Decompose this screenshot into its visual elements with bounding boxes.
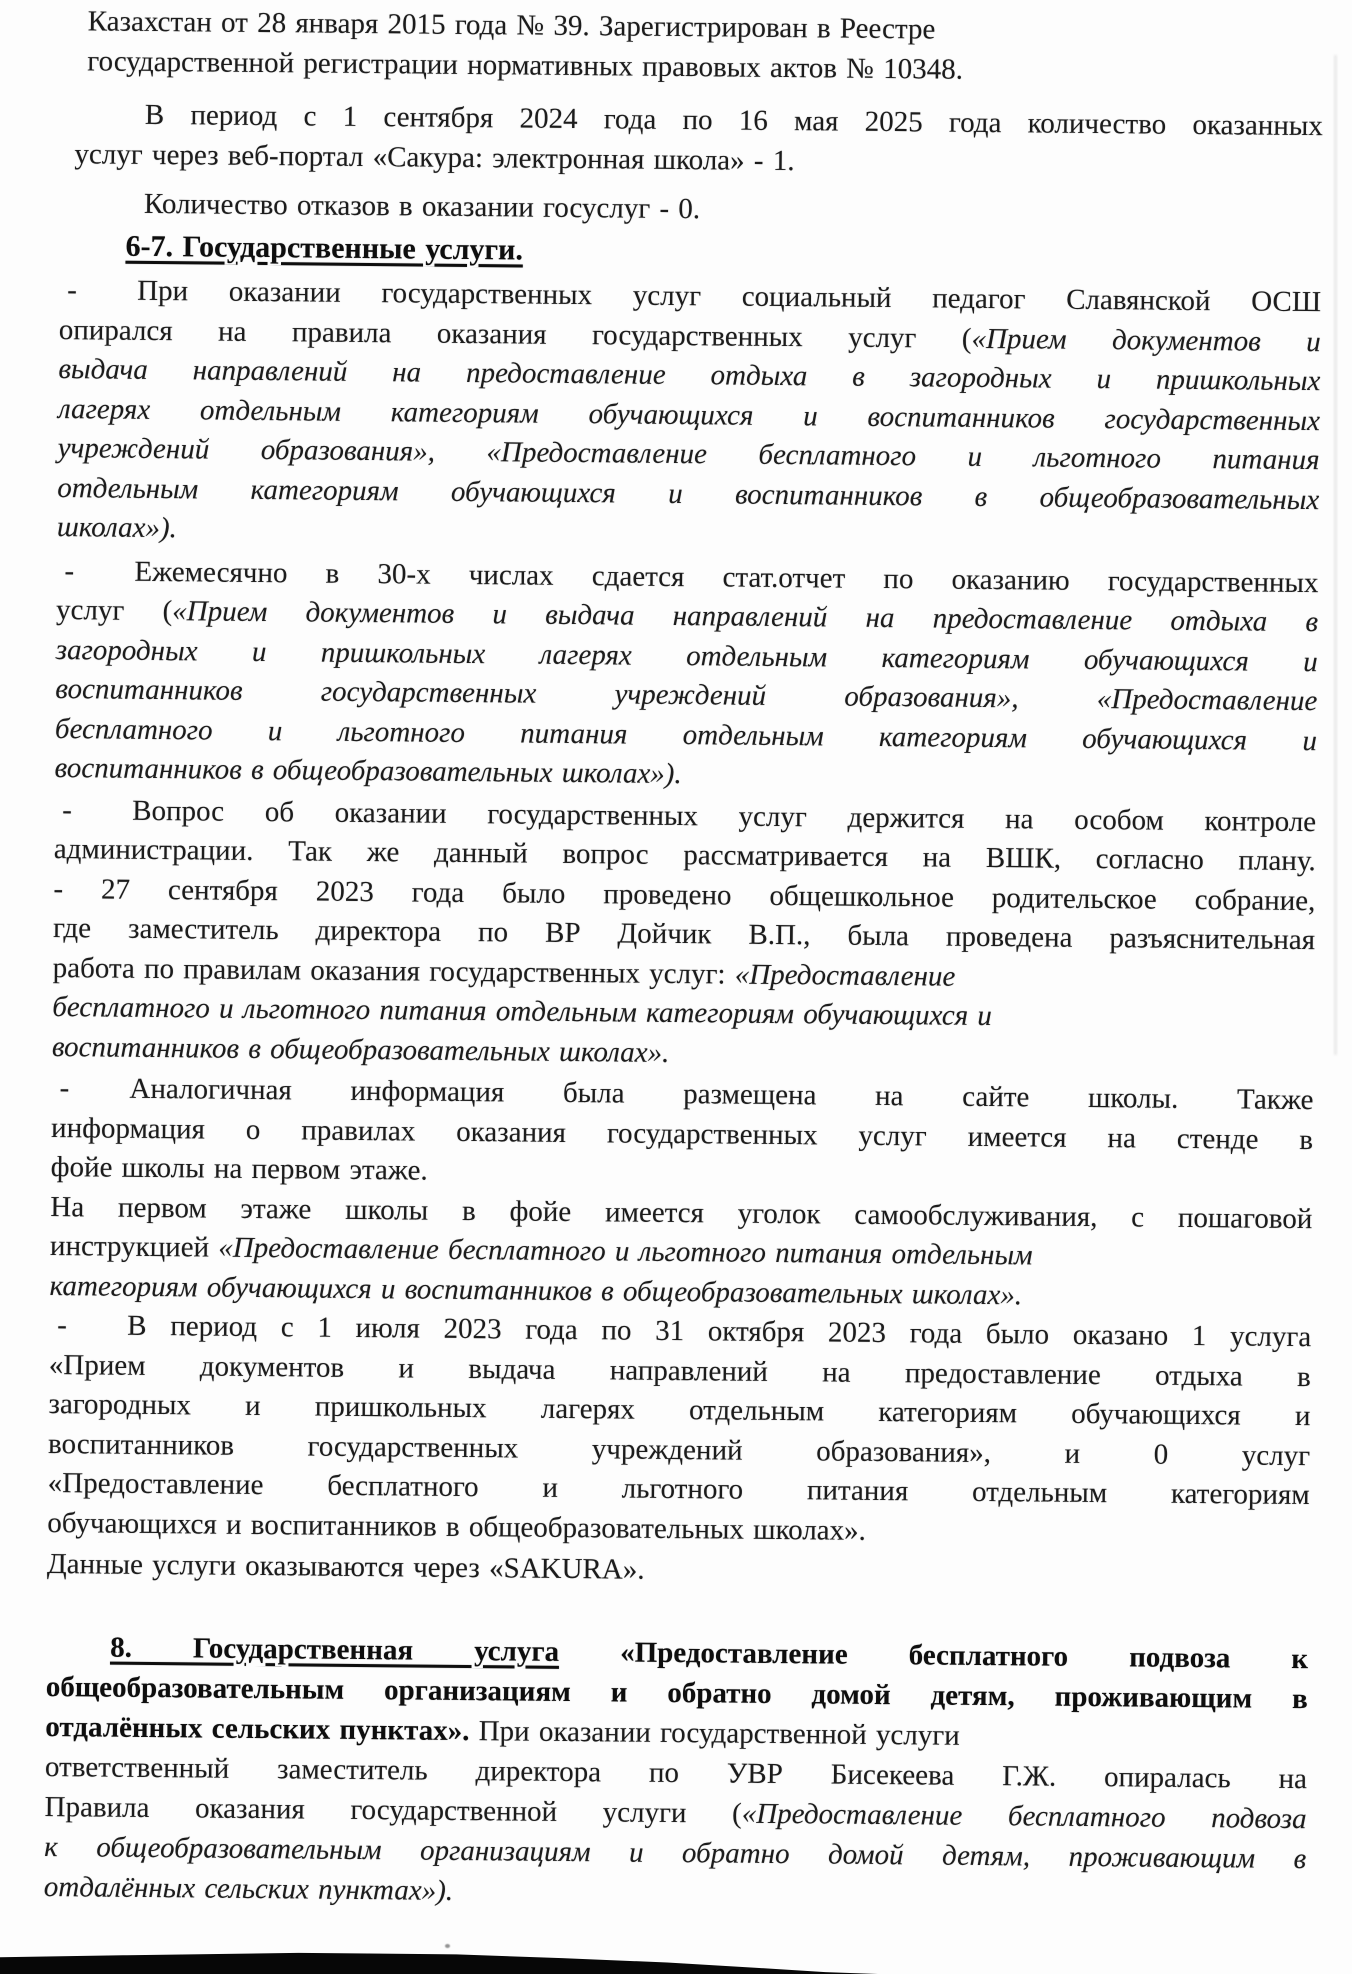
text-line: В период с 1 июля 2023 года по 31 октябр…	[127, 1310, 1311, 1353]
section-8-heading: 8. Государственная услуга	[110, 1631, 559, 1667]
dash-marker: -	[67, 271, 77, 311]
text-line: обучающихся и воспитанников в общеобразо…	[47, 1506, 866, 1546]
paragraph-services-2024: В период с 1 сентября 2024 года по 16 ма…	[60, 95, 1323, 186]
text-line: Аналогичная информация была размещена на…	[129, 1073, 1313, 1116]
dash-marker: -	[57, 1306, 67, 1346]
text-line: услуг через веб-портал «Сакура: электрон…	[74, 138, 794, 177]
quote-text: категориям обучающихся и воспитанников в…	[49, 1270, 1022, 1311]
text-line: фойе школы на первом этаже.	[51, 1151, 428, 1187]
quote-text: «Предоставление бесплатного подвоза	[742, 1797, 1307, 1834]
heading-text: 6-7. Государственные услуги.	[125, 229, 523, 266]
bullet-services-period-2023: -В период с 1 июля 2023 года по 31 октяб…	[47, 1306, 1311, 1555]
scanned-document-page: Казахстан от 28 января 2015 года № 39. З…	[0, 0, 1352, 1974]
text-line: Правила оказания государственной услуги …	[44, 1790, 741, 1829]
text-line: услуг (	[56, 594, 172, 627]
scan-bottom-black-bar	[0, 1950, 878, 1974]
document-text-block: Казахстан от 28 января 2015 года № 39. З…	[0, 0, 1352, 1919]
text-line: Ежемесячно в 30-х числах сдается стат.от…	[134, 555, 1318, 598]
text-line: Данные услуги оказываются через «SAKURA»…	[47, 1548, 645, 1586]
text-line: Вопрос об оказании государственных услуг…	[132, 794, 1316, 837]
quote-text: «Предоставление бесплатного и льготного …	[218, 1232, 1033, 1272]
bullet-site-info: -Аналогичная информация была размещена н…	[51, 1069, 1314, 1200]
service-title-bold: «Предоставление бесплатного подвоза к	[559, 1635, 1308, 1674]
text-line: Количество отказов в оказании госуслуг -…	[144, 188, 700, 225]
bullet-gov-service-rules: -При оказании государственных услуг соци…	[57, 271, 1322, 560]
scan-edge-artifact	[1334, 55, 1337, 1055]
quote-text: школах»).	[57, 511, 177, 544]
quote-text: воспитанников в общеобразовательных школ…	[54, 752, 681, 790]
dash-marker: -	[64, 552, 74, 592]
bullet-monthly-report: -Ежемесячно в 30-х числах сдается стат.о…	[54, 552, 1318, 801]
text-line: При оказании государственных услуг социа…	[137, 275, 1321, 318]
quote-text: «Прием документов и	[971, 322, 1321, 357]
quote-text: «Предоставление	[735, 958, 956, 992]
text-line: инструкцией	[50, 1230, 219, 1264]
quote-text: бесплатного и льготного питания отдельны…	[52, 991, 992, 1032]
paragraph-parent-meeting: - 27 сентября 2023 года было проведено о…	[52, 870, 1316, 1080]
quote-text: отдалённых сельских пунктах»).	[44, 1870, 454, 1906]
paragraph-self-service-corner: На первом этаже школы в фойе имеется уго…	[49, 1188, 1312, 1319]
text-line: Казахстан от 28 января 2015 года № 39. З…	[88, 5, 936, 45]
dash-marker: -	[59, 1069, 69, 1109]
quote-text: «Прием документов и выдача направлений н…	[172, 595, 1318, 638]
text-line: При оказании государственной услуги	[469, 1715, 960, 1752]
paragraph-registration-note: Казахстан от 28 января 2015 года № 39. З…	[87, 2, 1324, 93]
dash-marker: -	[62, 791, 72, 831]
text-line: работа по правилам оказания государствен…	[53, 952, 735, 991]
section-8-paragraph: 8. Государственная услуга «Предоставлени…	[44, 1626, 1309, 1918]
text-line: опирался на правила оказания государстве…	[59, 314, 972, 355]
text-line: В период с 1 сентября 2024 года по 16 ма…	[145, 99, 1323, 142]
text-line: государственной регистрации нормативных …	[87, 45, 963, 85]
quote-text: воспитанников в общеобразовательных школ…	[52, 1031, 670, 1069]
service-title-bold: отдалённых сельских пунктах».	[45, 1710, 469, 1746]
bullet-admin-control: -Вопрос об оказании государственных услу…	[54, 791, 1317, 882]
scan-speck-artifact	[445, 1944, 450, 1948]
